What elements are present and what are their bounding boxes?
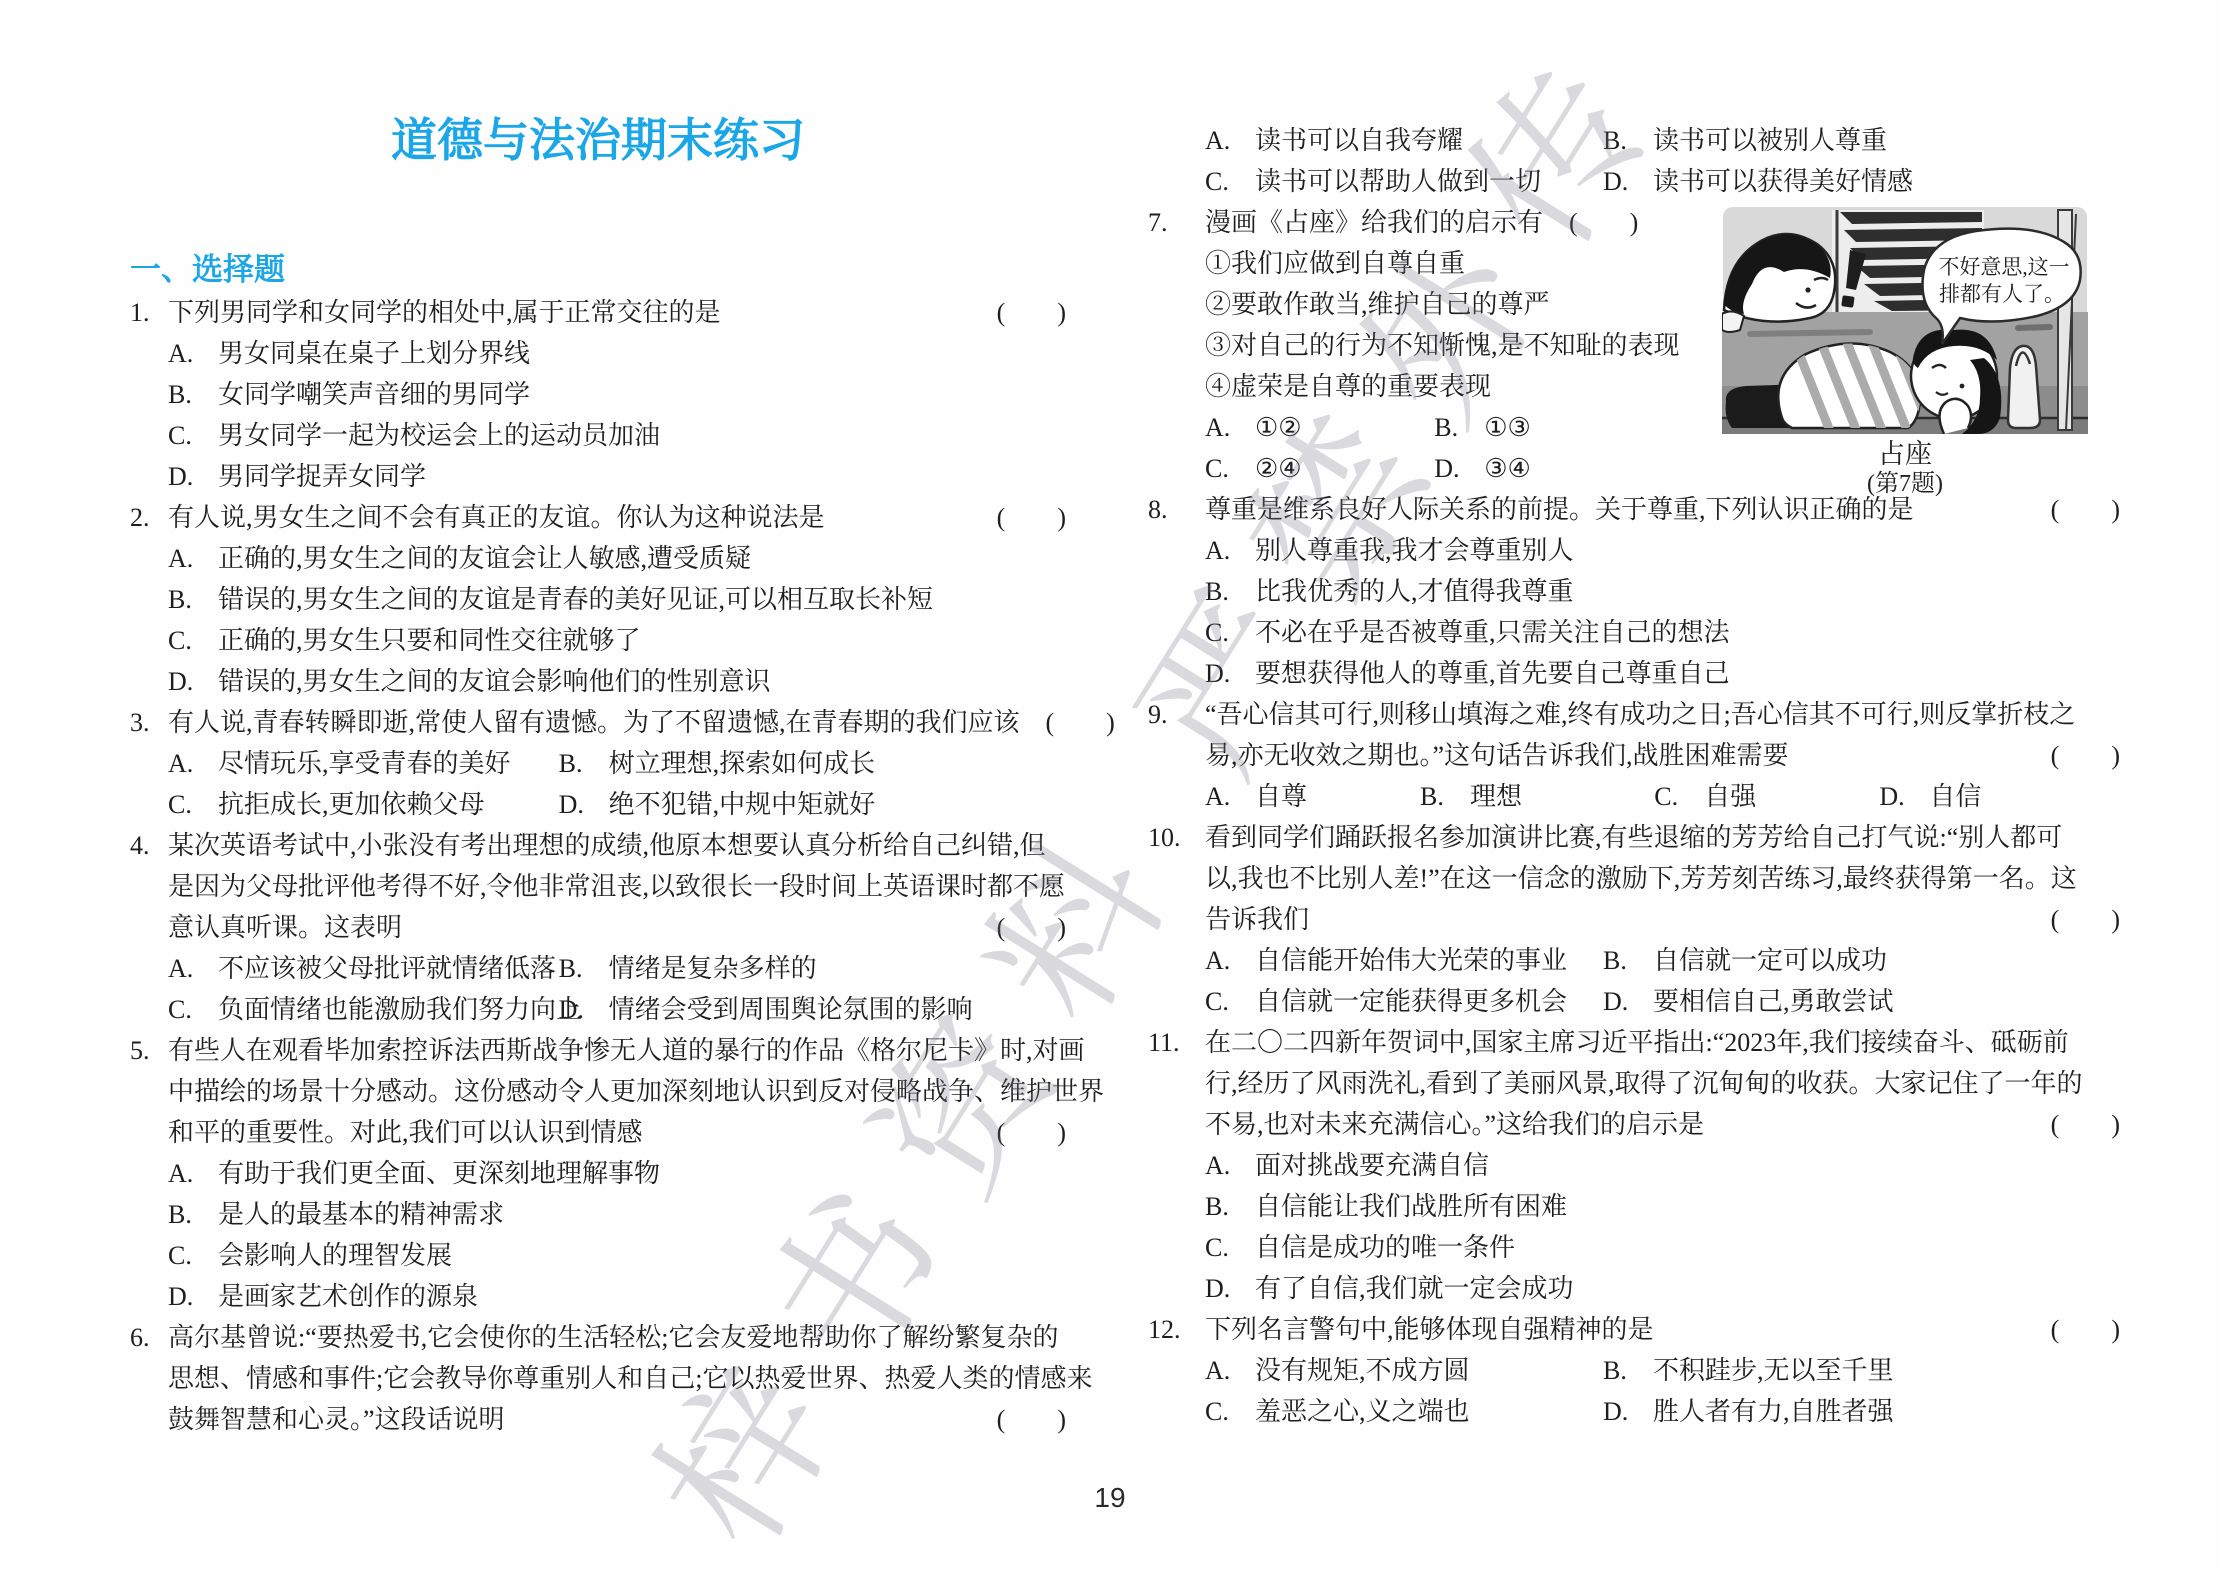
- option-d: D.绝不犯错,中规中矩就好: [559, 784, 1066, 825]
- option-text: 要相信自己,勇敢尝试: [1653, 981, 1894, 1022]
- option-label: A.: [168, 538, 218, 579]
- question-body: 下列名言警句中,能够体现自强精神的是( )A.没有规矩,不成方圆B.不积跬步,无…: [1205, 1309, 2120, 1432]
- answer-bracket: ( ): [985, 292, 1066, 333]
- option-text: ①②: [1255, 407, 1302, 448]
- question-text: 漫画《占座》给我们的启示有: [1205, 202, 1543, 243]
- question-body: 看到同学们踊跃报名参加演讲比赛,有些退缩的芳芳给自己打气说:“别人都可以,我也不…: [1205, 817, 2120, 1022]
- option-d: D.自信: [1879, 776, 2120, 817]
- option-text: 自信就一定可以成功: [1653, 940, 1887, 981]
- option-label: C.: [1205, 1391, 1255, 1432]
- question-text: 中描绘的场景十分感动。这份感动令人更加深刻地认识到反对侵略战争、维护世界: [168, 1077, 1104, 1106]
- option-text: 胜人者有力,自胜者强: [1653, 1391, 1894, 1432]
- question-text-line: 高尔基曾说:“要热爱书,它会使你的生活轻松;它会友爱地帮助你了解纷繁复杂的: [168, 1317, 1066, 1358]
- option-label: B.: [1420, 776, 1470, 817]
- question-text: 看到同学们踊跃报名参加演讲比赛,有些退缩的芳芳给自己打气说:“别人都可: [1205, 823, 2062, 852]
- question-number: 3.: [130, 702, 168, 825]
- question-text: 和平的重要性。对此,我们可以认识到情感: [168, 1112, 643, 1153]
- question-text-line: 看到同学们踊跃报名参加演讲比赛,有些退缩的芳芳给自己打气说:“别人都可: [1205, 817, 2120, 858]
- question-text-line: 是因为父母批评他考得不好,令他非常沮丧,以致很长一段时间上英语课时都不愿: [168, 866, 1066, 907]
- option-text: 比我优秀的人,才值得我尊重: [1255, 571, 1574, 612]
- option-label: D.: [1205, 1268, 1255, 1309]
- comic-caption-sub: (第7题): [1722, 470, 2088, 498]
- option-label: D.: [1205, 653, 1255, 694]
- option-c: C.自强: [1654, 776, 1879, 817]
- option-text: 读书可以获得美好情感: [1653, 161, 1913, 202]
- question-1: 1.下列男同学和女同学的相处中,属于正常交往的是( )A.男女同桌在桌子上划分界…: [130, 292, 1066, 497]
- option-b: B.读书可以被别人尊重: [1603, 120, 2120, 161]
- question-number: 6.: [130, 1317, 168, 1440]
- question-6: 6.高尔基曾说:“要热爱书,它会使你的生活轻松;它会友爱地帮助你了解纷繁复杂的思…: [130, 1317, 1066, 1440]
- option-c: C.读书可以帮助人做到一切: [1205, 161, 1603, 202]
- option-label: C.: [1205, 612, 1255, 653]
- question-text: 鼓舞智慧和心灵。”这段话说明: [168, 1399, 505, 1440]
- option-label: D.: [168, 1276, 218, 1317]
- option-label: D.: [559, 784, 609, 825]
- question-4: 4.某次英语考试中,小张没有考出理想的成绩,他原本想要认真分析给自己纠错,但是因…: [130, 825, 1066, 1030]
- option-a: A.尽情玩乐,享受青春的美好: [168, 743, 559, 784]
- question-number: 2.: [130, 497, 168, 702]
- question-text-line: 和平的重要性。对此,我们可以认识到情感( ): [168, 1112, 1066, 1153]
- option-text: 自信是成功的唯一条件: [1255, 1227, 1515, 1268]
- options-group: A.别人尊重我,我才会尊重别人B.比我优秀的人,才值得我尊重C.不必在乎是否被尊…: [1205, 530, 2120, 694]
- question-8: 8.尊重是维系良好人际关系的前提。关于尊重,下列认识正确的是( )A.别人尊重我…: [1148, 489, 2120, 694]
- option-label: A.: [1205, 1145, 1255, 1186]
- option-text: 没有规矩,不成方圆: [1255, 1350, 1470, 1391]
- bubble-text-line1: 不好意思,这一: [1938, 255, 2069, 279]
- options-group: A.面对挑战要充满自信B.自信能让我们战胜所有困难C.自信是成功的唯一条件D.有…: [1205, 1145, 2120, 1309]
- option-text: 男女同桌在桌子上划分界线: [218, 333, 530, 374]
- option-a: A.自尊: [1205, 776, 1420, 817]
- options-group: A.自信能开始伟大光荣的事业B.自信就一定可以成功C.自信就一定能获得更多机会D…: [1205, 940, 2120, 1022]
- option-text: 不应该被父母批评就情绪低落: [218, 948, 556, 989]
- question-2: 2.有人说,男女生之间不会有真正的友谊。你认为这种说法是( )A.正确的,男女生…: [130, 497, 1066, 702]
- option-label: B.: [1205, 1186, 1255, 1227]
- option-label: D.: [1434, 448, 1484, 489]
- option-b: B.自信就一定可以成功: [1603, 940, 2120, 981]
- option-label: C.: [168, 989, 218, 1030]
- option-text: 羞恶之心,义之端也: [1255, 1391, 1470, 1432]
- option-c: C.男女同学一起为校运会上的运动员加油: [168, 415, 1066, 456]
- bubble-text-line2: 排都有人了。: [1939, 282, 2065, 306]
- page-title: 道德与法治期末练习: [130, 114, 1066, 168]
- options-group: A.读书可以自我夸耀B.读书可以被别人尊重C.读书可以帮助人做到一切D.读书可以…: [1205, 120, 2120, 202]
- question-text: 高尔基曾说:“要热爱书,它会使你的生活轻松;它会友爱地帮助你了解纷繁复杂的: [168, 1323, 1059, 1352]
- option-d: D.是画家艺术创作的源泉: [168, 1276, 1066, 1317]
- question-body: 在二〇二四新年贺词中,国家主席习近平指出:“2023年,我们接续奋斗、砥砺前行,…: [1205, 1022, 2120, 1309]
- option-text: 有了自信,我们就一定会成功: [1255, 1268, 1574, 1309]
- question-text-line: 中描绘的场景十分感动。这份感动令人更加深刻地认识到反对侵略战争、维护世界: [168, 1071, 1066, 1112]
- option-label: B.: [1603, 1350, 1653, 1391]
- options-group: A.男女同桌在桌子上划分界线B.女同学嘲笑声音细的男同学C.男女同学一起为校运会…: [168, 333, 1066, 497]
- question-number: 7.: [1148, 202, 1205, 489]
- question-number: 9.: [1148, 694, 1205, 817]
- option-c: C.自信就一定能获得更多机会: [1205, 981, 1603, 1022]
- answer-bracket: ( ): [985, 1399, 1066, 1440]
- options-group: A.正确的,男女生之间的友谊会让人敏感,遭受质疑B.错误的,男女生之间的友谊是青…: [168, 538, 1066, 702]
- option-b: B.自信能让我们战胜所有困难: [1205, 1186, 2120, 1227]
- question-number: 10.: [1148, 817, 1205, 1022]
- option-text: 男同学捉弄女同学: [218, 456, 426, 497]
- question-body: 尊重是维系良好人际关系的前提。关于尊重,下列认识正确的是( )A.别人尊重我,我…: [1205, 489, 2120, 694]
- question-text-line: 下列名言警句中,能够体现自强精神的是( ): [1205, 1309, 2120, 1350]
- statement-item: ④虚荣是自尊的重要表现: [1205, 366, 1732, 407]
- option-a: A.①②: [1205, 407, 1434, 448]
- question-text-line: 鼓舞智慧和心灵。”这段话说明( ): [168, 1399, 1066, 1440]
- option-d: D.有了自信,我们就一定会成功: [1205, 1268, 2120, 1309]
- option-text: 绝不犯错,中规中矩就好: [609, 784, 876, 825]
- answer-bracket: ( ): [1557, 202, 1638, 243]
- option-text: 尽情玩乐,享受青春的美好: [218, 743, 511, 784]
- answer-bracket: ( ): [985, 497, 1066, 538]
- option-text: 是画家艺术创作的源泉: [218, 1276, 478, 1317]
- question-number: 8.: [1148, 489, 1205, 694]
- options-group: A.没有规矩,不成方圆B.不积跬步,无以至千里C.羞恶之心,义之端也D.胜人者有…: [1205, 1350, 2120, 1432]
- option-text: 抗拒成长,更加依赖父母: [218, 784, 485, 825]
- option-a: A.正确的,男女生之间的友谊会让人敏感,遭受质疑: [168, 538, 1066, 579]
- question-body: 高尔基曾说:“要热爱书,它会使你的生活轻松;它会友爱地帮助你了解纷繁复杂的思想、…: [168, 1317, 1066, 1440]
- question-number: 4.: [130, 825, 168, 1030]
- question-text-line: 有人说,男女生之间不会有真正的友谊。你认为这种说法是( ): [168, 497, 1066, 538]
- question-text-line: 有人说,青春转瞬即逝,常使人留有遗憾。为了不留遗憾,在青春期的我们应该( ): [168, 702, 1066, 743]
- answer-bracket: ( ): [2039, 735, 2120, 776]
- exam-page: 梓书资料 严禁外传 道德与法治期末练习 一、选择题 1.下列男同学和女同学的相处…: [0, 0, 2220, 1571]
- option-text: 自信能开始伟大光荣的事业: [1255, 940, 1567, 981]
- answer-bracket: ( ): [2039, 1104, 2120, 1145]
- option-label: B.: [559, 948, 609, 989]
- comic-illustration: 不好意思,这一 排都有人了。 占座 (第7题): [1722, 206, 2088, 498]
- option-label: A.: [1205, 530, 1255, 571]
- page-number: 19: [0, 1483, 2220, 1513]
- option-text: 自强: [1704, 776, 1756, 817]
- question-text: 以,我也不比别人差!”在这一信念的激励下,芳芳刻苦练习,最终获得第一名。这: [1205, 864, 2077, 893]
- option-text: ③④: [1484, 448, 1531, 489]
- question-text-line: 某次英语考试中,小张没有考出理想的成绩,他原本想要认真分析给自己纠错,但: [168, 825, 1066, 866]
- option-label: D.: [1603, 981, 1653, 1022]
- option-text: 负面情绪也能激励我们努力向上: [218, 989, 582, 1030]
- option-label: B.: [168, 1194, 218, 1235]
- option-text: 是人的最基本的精神需求: [218, 1194, 504, 1235]
- question-5: 5.有些人在观看毕加索控诉法西斯战争惨无人道的暴行的作品《格尔尼卡》时,对画中描…: [130, 1030, 1066, 1317]
- option-label: A.: [1205, 1350, 1255, 1391]
- option-text: 错误的,男女生之间的友谊是青春的美好见证,可以相互取长补短: [218, 579, 933, 620]
- question-text: 告诉我们: [1205, 899, 1309, 940]
- question-body: 有些人在观看毕加索控诉法西斯战争惨无人道的暴行的作品《格尔尼卡》时,对画中描绘的…: [168, 1030, 1066, 1317]
- question-text: 易,亦无收效之期也。”这句话告诉我们,战胜困难需要: [1205, 735, 1789, 776]
- question-text-line: 意认真听课。这表明( ): [168, 907, 1066, 948]
- option-text: 错误的,男女生之间的友谊会影响他们的性别意识: [218, 661, 771, 702]
- bag: [2008, 346, 2040, 428]
- option-text: 男女同学一起为校运会上的运动员加油: [218, 415, 660, 456]
- option-b: B.是人的最基本的精神需求: [168, 1194, 1066, 1235]
- option-label: A.: [168, 743, 218, 784]
- option-d: D.要相信自己,勇敢尝试: [1603, 981, 2120, 1022]
- question-text-line: 有些人在观看毕加索控诉法西斯战争惨无人道的暴行的作品《格尔尼卡》时,对画: [168, 1030, 1066, 1071]
- option-d: D.男同学捉弄女同学: [168, 456, 1066, 497]
- option-c: C.会影响人的理智发展: [168, 1235, 1066, 1276]
- question-number: 1.: [130, 292, 168, 497]
- question-text-line: “吾心信其可行,则移山填海之难,终有成功之日;吾心信其不可行,则反掌折枝之: [1205, 694, 2120, 735]
- option-text: 树立理想,探索如何成长: [609, 743, 876, 784]
- option-c: C.负面情绪也能激励我们努力向上: [168, 989, 559, 1030]
- question-text-line: 思想、情感和事件;它会教导你尊重别人和自己;它以热爱世界、热爱人类的情感来: [168, 1358, 1066, 1399]
- question-11: 11.在二〇二四新年贺词中,国家主席习近平指出:“2023年,我们接续奋斗、砥砺…: [1148, 1022, 2120, 1309]
- option-label: C.: [1205, 1227, 1255, 1268]
- statement-item: ②要敢作敢当,维护自己的尊严: [1205, 284, 1732, 325]
- option-d: D.情绪会受到周围舆论氛围的影响: [559, 989, 1066, 1030]
- option-text: 理想: [1470, 776, 1522, 817]
- answer-bracket: ( ): [1034, 702, 1115, 743]
- option-text: ①③: [1484, 407, 1531, 448]
- option-text: 自信能让我们战胜所有困难: [1255, 1186, 1567, 1227]
- question-text: 下列男同学和女同学的相处中,属于正常交往的是: [168, 292, 721, 333]
- question-3: 3.有人说,青春转瞬即逝,常使人留有遗憾。为了不留遗憾,在青春期的我们应该( )…: [130, 702, 1066, 825]
- option-text: 要想获得他人的尊重,首先要自己尊重自己: [1255, 653, 1730, 694]
- option-a: A.面对挑战要充满自信: [1205, 1145, 2120, 1186]
- question-7: 7.漫画《占座》给我们的启示有( )①我们应做到自尊自重②要敢作敢当,维护自己的…: [1148, 202, 1732, 489]
- option-text: 情绪会受到周围舆论氛围的影响: [609, 989, 973, 1030]
- option-text: 不必在乎是否被尊重,只需关注自己的想法: [1255, 612, 1730, 653]
- option-c: C.羞恶之心,义之端也: [1205, 1391, 1603, 1432]
- option-text: 别人尊重我,我才会尊重别人: [1255, 530, 1574, 571]
- question-9: 9.“吾心信其可行,则移山填海之难,终有成功之日;吾心信其不可行,则反掌折枝之易…: [1148, 694, 2120, 817]
- option-label: C.: [1654, 776, 1704, 817]
- comic-caption: 占座: [1722, 438, 2088, 470]
- section-heading: 一、选择题: [130, 250, 285, 290]
- option-a: A.有助于我们更全面、更深刻地理解事物: [168, 1153, 1066, 1194]
- option-b: B.女同学嘲笑声音细的男同学: [168, 374, 1066, 415]
- question-text-line: 在二〇二四新年贺词中,国家主席习近平指出:“2023年,我们接续奋斗、砥砺前: [1205, 1022, 2120, 1063]
- option-label: A.: [1205, 940, 1255, 981]
- option-label: D.: [559, 989, 609, 1030]
- option-label: B.: [1603, 940, 1653, 981]
- option-label: B.: [168, 579, 218, 620]
- option-d: D.胜人者有力,自胜者强: [1603, 1391, 2120, 1432]
- option-b: B.错误的,男女生之间的友谊是青春的美好见证,可以相互取长补短: [168, 579, 1066, 620]
- option-a: A.没有规矩,不成方圆: [1205, 1350, 1603, 1391]
- question-text: 不易,也对未来充满信心。”这给我们的启示是: [1205, 1104, 1704, 1145]
- option-label: A.: [1205, 120, 1255, 161]
- question-text-line: 易,亦无收效之期也。”这句话告诉我们,战胜困难需要( ): [1205, 735, 2120, 776]
- option-text: 正确的,男女生只要和同性交往就够了: [218, 620, 641, 661]
- option-text: 不积跬步,无以至千里: [1653, 1350, 1894, 1391]
- question-text-line: 行,经历了风雨洗礼,看到了美丽风景,取得了沉甸甸的收获。大家记住了一年的: [1205, 1063, 2120, 1104]
- question-text: 有些人在观看毕加索控诉法西斯战争惨无人道的暴行的作品《格尔尼卡》时,对画: [168, 1036, 1085, 1065]
- options-group: A.有助于我们更全面、更深刻地理解事物B.是人的最基本的精神需求C.会影响人的理…: [168, 1153, 1066, 1317]
- option-label: D.: [168, 661, 218, 702]
- option-c: C.不必在乎是否被尊重,只需关注自己的想法: [1205, 612, 2120, 653]
- question-number: 12.: [1148, 1309, 1205, 1432]
- answer-bracket: ( ): [985, 1112, 1066, 1153]
- option-text: 读书可以被别人尊重: [1653, 120, 1887, 161]
- option-label: C.: [1205, 448, 1255, 489]
- question-body: “吾心信其可行,则移山填海之难,终有成功之日;吾心信其不可行,则反掌折枝之易,亦…: [1205, 694, 2120, 817]
- option-text: 正确的,男女生之间的友谊会让人敏感,遭受质疑: [218, 538, 751, 579]
- option-text: 面对挑战要充满自信: [1255, 1145, 1489, 1186]
- option-label: A.: [168, 1153, 218, 1194]
- question-number: 11.: [1148, 1022, 1205, 1309]
- option-a: A.别人尊重我,我才会尊重别人: [1205, 530, 2120, 571]
- statement-item: ③对自己的行为不知惭愧,是不知耻的表现: [1205, 325, 1732, 366]
- option-b: B.不积跬步,无以至千里: [1603, 1350, 2120, 1391]
- option-label: C.: [168, 620, 218, 661]
- question-text: 有人说,男女生之间不会有真正的友谊。你认为这种说法是: [168, 497, 825, 538]
- option-c: C.②④: [1205, 448, 1434, 489]
- option-label: D.: [1603, 1391, 1653, 1432]
- left-column: 1.下列男同学和女同学的相处中,属于正常交往的是( )A.男女同桌在桌子上划分界…: [130, 292, 1066, 1440]
- option-label: D.: [168, 456, 218, 497]
- question-text: “吾心信其可行,则移山填海之难,终有成功之日;吾心信其不可行,则反掌折枝之: [1205, 700, 2075, 729]
- option-text: 会影响人的理智发展: [218, 1235, 452, 1276]
- question-body: 漫画《占座》给我们的启示有( )①我们应做到自尊自重②要敢作敢当,维护自己的尊严…: [1205, 202, 1732, 489]
- options-group: A.①②B.①③C.②④D.③④: [1205, 407, 1732, 489]
- option-d: D.③④: [1434, 448, 1732, 489]
- option-label: B.: [559, 743, 609, 784]
- option-label: B.: [1603, 120, 1653, 161]
- option-label: B.: [1434, 407, 1484, 448]
- question-text: 是因为父母批评他考得不好,令他非常沮丧,以致很长一段时间上英语课时都不愿: [168, 872, 1065, 901]
- option-b: B.①③: [1434, 407, 1732, 448]
- options-group: A.自尊B.理想C.自强D.自信: [1205, 776, 2120, 817]
- option-a: A.男女同桌在桌子上划分界线: [168, 333, 1066, 374]
- option-c: C.抗拒成长,更加依赖父母: [168, 784, 559, 825]
- comic-drawing: 不好意思,这一 排都有人了。: [1722, 206, 2088, 434]
- option-d: D.要想获得他人的尊重,首先要自己尊重自己: [1205, 653, 2120, 694]
- option-b: B.树立理想,探索如何成长: [559, 743, 1066, 784]
- question-text: 下列名言警句中,能够体现自强精神的是: [1205, 1309, 1654, 1350]
- option-label: A.: [1205, 407, 1255, 448]
- option-c: C.正确的,男女生只要和同性交往就够了: [168, 620, 1066, 661]
- option-label: C.: [168, 1235, 218, 1276]
- question-text-line: 下列男同学和女同学的相处中,属于正常交往的是( ): [168, 292, 1066, 333]
- question-10: 10.看到同学们踊跃报名参加演讲比赛,有些退缩的芳芳给自己打气说:“别人都可以,…: [1148, 817, 2120, 1022]
- question-text: 在二〇二四新年贺词中,国家主席习近平指出:“2023年,我们接续奋斗、砥砺前: [1205, 1028, 2069, 1057]
- question-text-line: 以,我也不比别人差!”在这一信念的激励下,芳芳刻苦练习,最终获得第一名。这: [1205, 858, 2120, 899]
- option-label: D.: [1603, 161, 1653, 202]
- question-body: 某次英语考试中,小张没有考出理想的成绩,他原本想要认真分析给自己纠错,但是因为父…: [168, 825, 1066, 1030]
- option-label: C.: [1205, 981, 1255, 1022]
- question-number: 5.: [130, 1030, 168, 1317]
- question-text-line: 不易,也对未来充满信心。”这给我们的启示是( ): [1205, 1104, 2120, 1145]
- option-b: B.理想: [1420, 776, 1654, 817]
- right-column: 不好意思,这一 排都有人了。 占座 (第7题) A.读书可以自我夸耀B.读书可以…: [1148, 120, 2120, 1432]
- question-body: 下列男同学和女同学的相处中,属于正常交往的是( )A.男女同桌在桌子上划分界线B…: [168, 292, 1066, 497]
- option-a: A.自信能开始伟大光荣的事业: [1205, 940, 1603, 981]
- options-group: A.不应该被父母批评就情绪低落B.情绪是复杂多样的C.负面情绪也能激励我们努力向…: [168, 948, 1066, 1030]
- option-label: B.: [1205, 571, 1255, 612]
- option-text: 有助于我们更全面、更深刻地理解事物: [218, 1153, 660, 1194]
- option-text: 自尊: [1255, 776, 1307, 817]
- question-body: 有人说,男女生之间不会有真正的友谊。你认为这种说法是( )A.正确的,男女生之间…: [168, 497, 1066, 702]
- option-label: C.: [168, 415, 218, 456]
- question-body: 有人说,青春转瞬即逝,常使人留有遗憾。为了不留遗憾,在青春期的我们应该( )A.…: [168, 702, 1066, 825]
- question-text: 有人说,青春转瞬即逝,常使人留有遗憾。为了不留遗憾,在青春期的我们应该: [168, 702, 1020, 743]
- option-text: 读书可以帮助人做到一切: [1255, 161, 1541, 202]
- option-b: B.情绪是复杂多样的: [559, 948, 1066, 989]
- option-label: B.: [168, 374, 218, 415]
- statement-item: ①我们应做到自尊自重: [1205, 243, 1732, 284]
- question-6-options-continued: A.读书可以自我夸耀B.读书可以被别人尊重C.读书可以帮助人做到一切D.读书可以…: [1148, 120, 2120, 202]
- option-d: D.读书可以获得美好情感: [1603, 161, 2120, 202]
- option-label: A.: [168, 333, 218, 374]
- option-label: A.: [1205, 776, 1255, 817]
- question-12: 12.下列名言警句中,能够体现自强精神的是( )A.没有规矩,不成方圆B.不积跬…: [1148, 1309, 2120, 1432]
- question-text-line: 告诉我们( ): [1205, 899, 2120, 940]
- option-b: B.比我优秀的人,才值得我尊重: [1205, 571, 2120, 612]
- answer-bracket: ( ): [985, 907, 1066, 948]
- question-text: 某次英语考试中,小张没有考出理想的成绩,他原本想要认真分析给自己纠错,但: [168, 831, 1046, 860]
- option-text: 自信: [1929, 776, 1981, 817]
- question-body: A.读书可以自我夸耀B.读书可以被别人尊重C.读书可以帮助人做到一切D.读书可以…: [1205, 120, 2120, 202]
- answer-bracket: ( ): [2039, 899, 2120, 940]
- option-text: 读书可以自我夸耀: [1255, 120, 1463, 161]
- option-d: D.错误的,男女生之间的友谊会影响他们的性别意识: [168, 661, 1066, 702]
- option-c: C.自信是成功的唯一条件: [1205, 1227, 2120, 1268]
- question-text: 行,经历了风雨洗礼,看到了美丽风景,取得了沉甸甸的收获。大家记住了一年的: [1205, 1069, 2083, 1098]
- question-number: [1148, 120, 1205, 202]
- option-text: 自信就一定能获得更多机会: [1255, 981, 1567, 1022]
- option-text: ②④: [1255, 448, 1302, 489]
- option-label: D.: [1879, 776, 1929, 817]
- option-text: 情绪是复杂多样的: [609, 948, 817, 989]
- option-a: A.不应该被父母批评就情绪低落: [168, 948, 559, 989]
- option-a: A.读书可以自我夸耀: [1205, 120, 1603, 161]
- answer-bracket: ( ): [2039, 1309, 2120, 1350]
- option-label: C.: [168, 784, 218, 825]
- question-text: 思想、情感和事件;它会教导你尊重别人和自己;它以热爱世界、热爱人类的情感来: [168, 1364, 1092, 1393]
- options-group: A.尽情玩乐,享受青春的美好B.树立理想,探索如何成长C.抗拒成长,更加依赖父母…: [168, 743, 1066, 825]
- option-text: 女同学嘲笑声音细的男同学: [218, 374, 530, 415]
- option-label: C.: [1205, 161, 1255, 202]
- option-label: A.: [168, 948, 218, 989]
- question-text: 意认真听课。这表明: [168, 907, 402, 948]
- question-text-line: 漫画《占座》给我们的启示有( ): [1205, 202, 1732, 243]
